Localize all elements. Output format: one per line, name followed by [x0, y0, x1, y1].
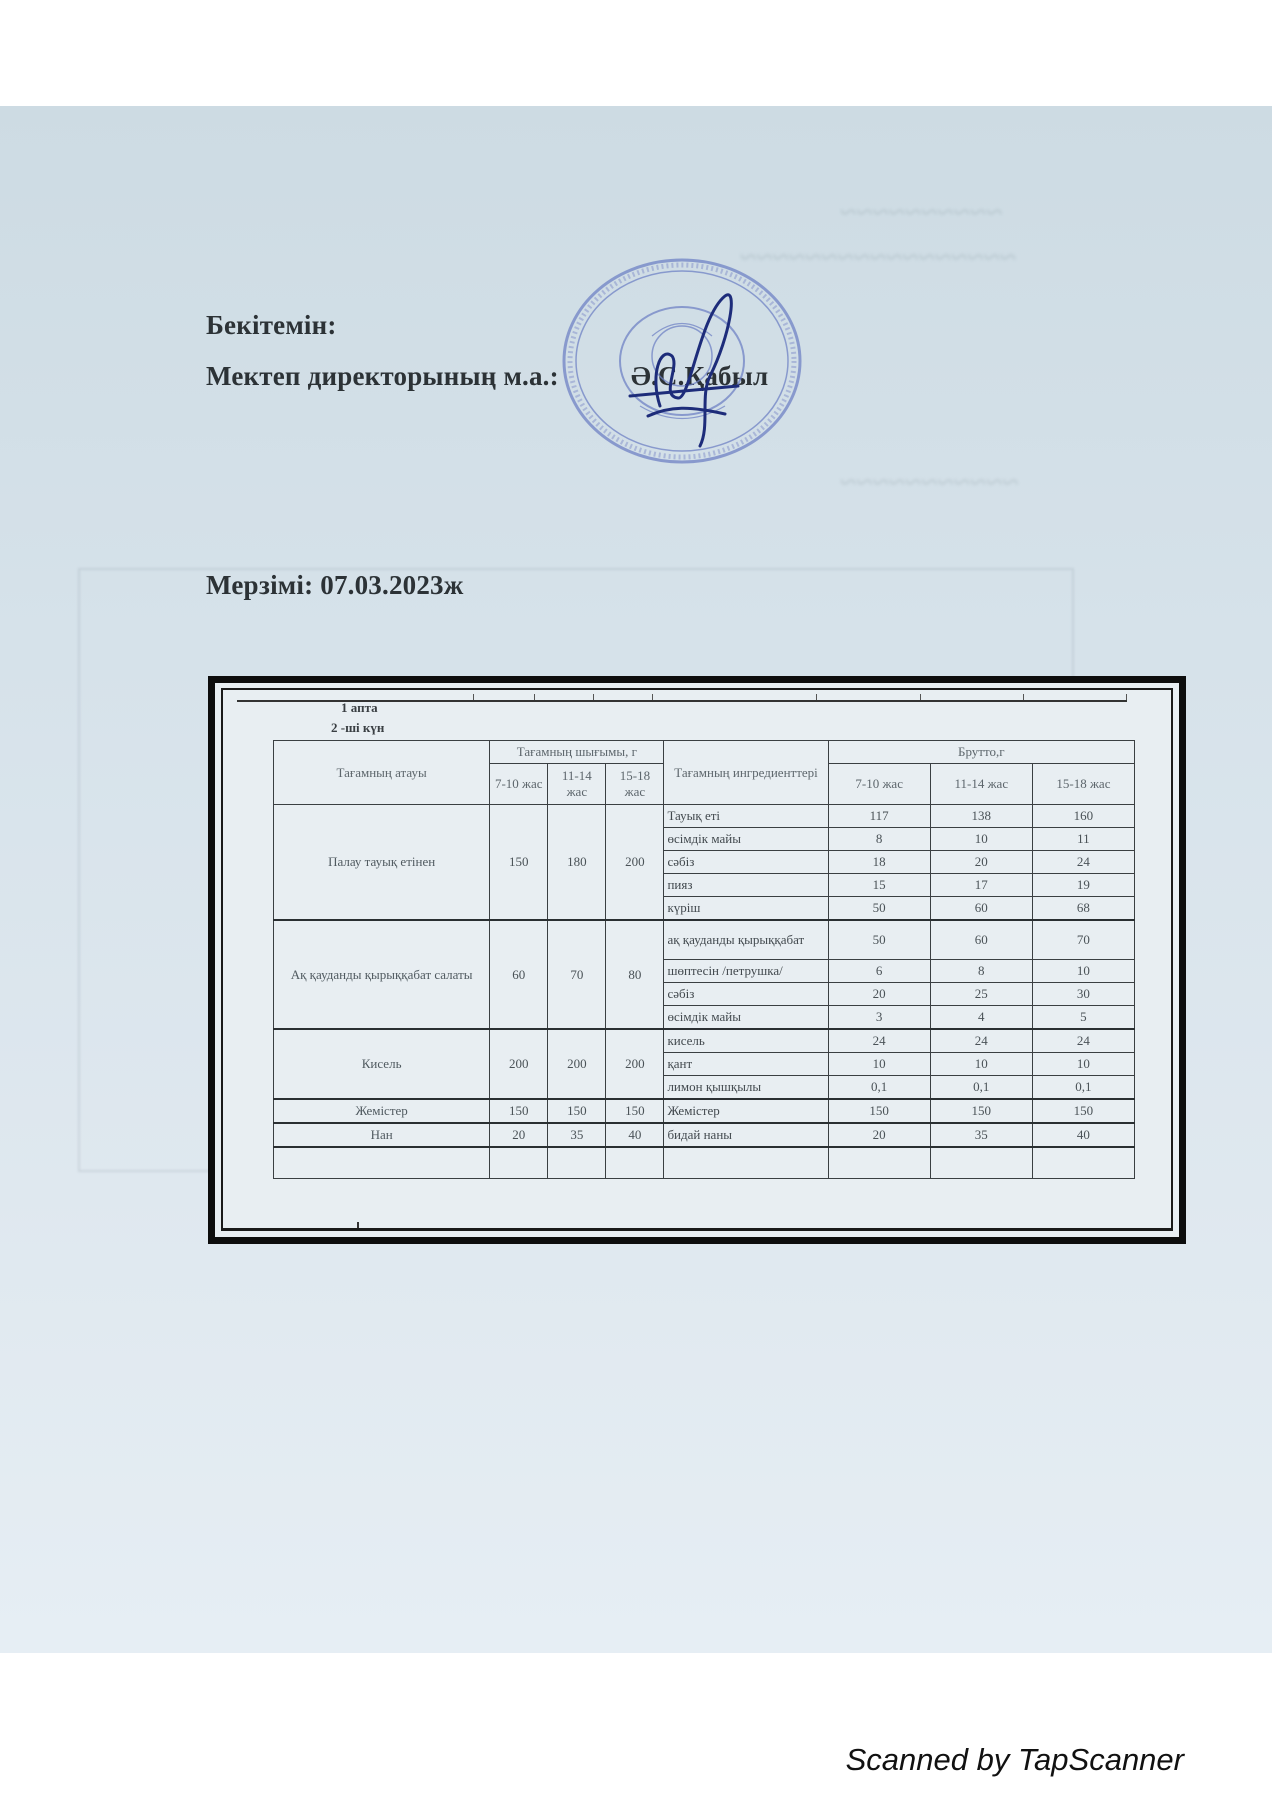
round-seal-stamp-icon [560, 256, 804, 466]
empty-cell [930, 1147, 1032, 1179]
ingredient-gross: 24 [1032, 1029, 1134, 1053]
gross-age-7-10: 7-10 жас [828, 764, 930, 805]
dish-name-header: Тағамның атауы [274, 741, 490, 805]
table-row: Ақ қауданды қырыққабат салаты607080ақ қа… [274, 920, 1135, 960]
ingredient-gross: 18 [828, 851, 930, 874]
table-edge-mark [357, 1222, 359, 1228]
ingredient-name: шөптесін /петрушка/ [664, 960, 828, 983]
dish-yield: 150 [548, 1099, 606, 1123]
ingredient-gross: 8 [828, 828, 930, 851]
empty-cell [828, 1147, 930, 1179]
ingredient-gross: 25 [930, 983, 1032, 1006]
empty-cell [1032, 1147, 1134, 1179]
menu-table-frame: 1 апта 2 -ші күн Тағамның атауы Тағамның… [208, 676, 1186, 1244]
ingredient-gross: 20 [828, 1123, 930, 1147]
ingredient-name: сәбіз [664, 983, 828, 1006]
dish-yield: 200 [606, 1029, 664, 1099]
dish-yield: 200 [548, 1029, 606, 1099]
ingredient-gross: 117 [828, 805, 930, 828]
approval-label: Бекітемін: [206, 310, 337, 341]
bleed-through-text: ~~~~~~~~~~~ [840, 466, 1019, 500]
empty-cell [274, 1147, 490, 1179]
ingredient-name: сәбіз [664, 851, 828, 874]
table-row: Кисель200200200кисель242424 [274, 1029, 1135, 1053]
ingredient-gross: 0,1 [828, 1076, 930, 1100]
ingredient-gross: 50 [828, 897, 930, 921]
ingredient-gross: 10 [1032, 960, 1134, 983]
ingredient-name: Жемістер [664, 1099, 828, 1123]
ingredient-name: кисель [664, 1029, 828, 1053]
ingredient-gross: 60 [930, 920, 1032, 960]
ingredient-name: ақ қауданды қырыққабат [664, 920, 828, 960]
dish-yield: 200 [490, 1029, 548, 1099]
ingredient-name: пияз [664, 874, 828, 897]
yield-header: Тағамның шығымы, г [490, 741, 664, 764]
empty-cell [490, 1147, 548, 1179]
ingredient-gross: 138 [930, 805, 1032, 828]
date-line: Мерзімі: 07.03.2023ж [206, 570, 464, 601]
ingredient-gross: 8 [930, 960, 1032, 983]
ingredient-gross: 24 [828, 1029, 930, 1053]
ingredient-gross: 10 [930, 1053, 1032, 1076]
ingredient-name: өсімдік майы [664, 1006, 828, 1030]
ingredient-gross: 4 [930, 1006, 1032, 1030]
ingredient-name: қант [664, 1053, 828, 1076]
gross-header: Брутто,г [828, 741, 1134, 764]
ingredient-gross: 40 [1032, 1123, 1134, 1147]
dish-name: Ақ қауданды қырыққабат салаты [274, 920, 490, 1029]
yield-age-11-14: 11-14 жас [548, 764, 606, 805]
ingredient-gross: 150 [1032, 1099, 1134, 1123]
ingredient-gross: 150 [930, 1099, 1032, 1123]
dish-yield: 180 [548, 805, 606, 921]
dish-name: Нан [274, 1123, 490, 1147]
menu-table: Тағамның атауы Тағамның шығымы, г Тағамн… [273, 740, 1135, 1179]
dish-yield: 150 [606, 1099, 664, 1123]
yield-age-7-10: 7-10 жас [490, 764, 548, 805]
ingredient-gross: 35 [930, 1123, 1032, 1147]
bleed-through-text: ~~~~~~~~~~ [840, 196, 1002, 230]
table-row: Нан203540бидай наны203540 [274, 1123, 1135, 1147]
ingredient-name: Тауық еті [664, 805, 828, 828]
dish-yield: 70 [548, 920, 606, 1029]
ingredient-gross: 68 [1032, 897, 1134, 921]
ingredient-gross: 11 [1032, 828, 1134, 851]
ingredient-name: бидай наны [664, 1123, 828, 1147]
ingredient-gross: 20 [828, 983, 930, 1006]
dish-yield: 20 [490, 1123, 548, 1147]
week-label: 1 апта [341, 700, 378, 716]
yield-age-15-18: 15-18 жас [606, 764, 664, 805]
ingredient-gross: 50 [828, 920, 930, 960]
director-label: Мектеп директорының м.а.: [206, 361, 559, 391]
dish-name: Жемістер [274, 1099, 490, 1123]
dish-name: Палау тауық етінен [274, 805, 490, 921]
dish-yield: 80 [606, 920, 664, 1029]
ingredient-gross: 10 [930, 828, 1032, 851]
ingredient-gross: 150 [828, 1099, 930, 1123]
ingredient-gross: 19 [1032, 874, 1134, 897]
scanner-watermark: Scanned by TapScanner [846, 1742, 1184, 1778]
ingredients-header: Тағамның ингредиенттері [664, 741, 828, 805]
dish-yield: 150 [490, 805, 548, 921]
ingredient-gross: 6 [828, 960, 930, 983]
ingredient-gross: 17 [930, 874, 1032, 897]
ingredient-gross: 3 [828, 1006, 930, 1030]
empty-row [274, 1147, 1135, 1179]
ingredient-gross: 10 [828, 1053, 930, 1076]
dish-yield: 35 [548, 1123, 606, 1147]
dish-yield: 40 [606, 1123, 664, 1147]
ingredient-name: күріш [664, 897, 828, 921]
empty-cell [606, 1147, 664, 1179]
empty-cell [548, 1147, 606, 1179]
ingredient-gross: 160 [1032, 805, 1134, 828]
empty-cell [664, 1147, 828, 1179]
table-row: Палау тауық етінен150180200Тауық еті1171… [274, 805, 1135, 828]
ingredient-gross: 20 [930, 851, 1032, 874]
ingredient-gross: 70 [1032, 920, 1134, 960]
ingredient-gross: 5 [1032, 1006, 1134, 1030]
ingredient-gross: 30 [1032, 983, 1134, 1006]
gross-age-15-18: 15-18 жас [1032, 764, 1134, 805]
dish-name: Кисель [274, 1029, 490, 1099]
table-row: Жемістер150150150Жемістер150150150 [274, 1099, 1135, 1123]
ingredient-gross: 10 [1032, 1053, 1134, 1076]
ingredient-name: өсімдік майы [664, 828, 828, 851]
gross-age-11-14: 11-14 жас [930, 764, 1032, 805]
ingredient-gross: 24 [1032, 851, 1134, 874]
ingredient-gross: 0,1 [1032, 1076, 1134, 1100]
scanned-page: ~~~~~~~~~~ ~~~~~~~~~~~~~~~~~ ~~~~~~~~~~~… [0, 106, 1272, 1653]
dish-yield: 60 [490, 920, 548, 1029]
day-label: 2 -ші күн [331, 720, 384, 736]
dish-yield: 150 [490, 1099, 548, 1123]
ingredient-gross: 24 [930, 1029, 1032, 1053]
ingredient-name: лимон қышқылы [664, 1076, 828, 1100]
dish-yield: 200 [606, 805, 664, 921]
ingredient-gross: 15 [828, 874, 930, 897]
ingredient-gross: 0,1 [930, 1076, 1032, 1100]
ingredient-gross: 60 [930, 897, 1032, 921]
